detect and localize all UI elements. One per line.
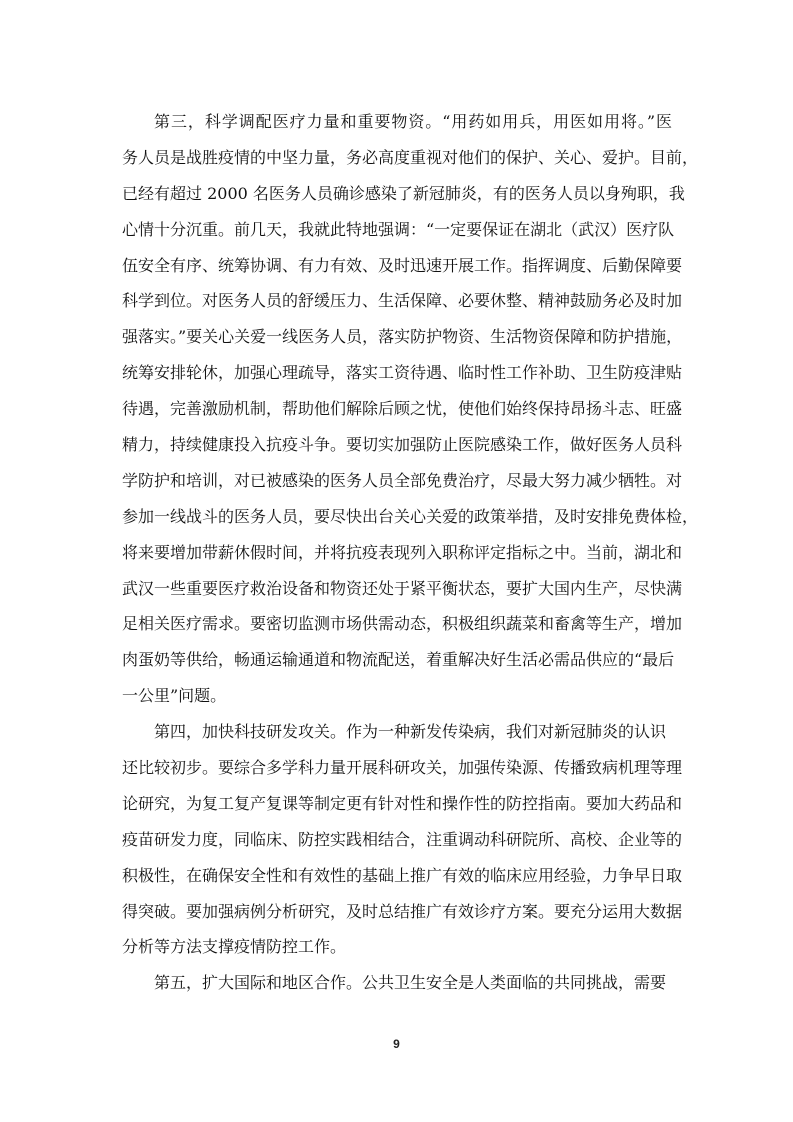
document-body: 第三，科学调配医疗力量和重要物资。“用药如用兵，用医如用将。”医 务人员是战胜疫… [122,104,672,1001]
page-number: 9 [0,1037,793,1051]
text-line: 第五，扩大国际和地区合作。公共卫生安全是人类面临的共同挑战，需要 [122,965,672,1001]
text-line: 将来要增加带薪休假时间，并将抗疫表现列入职称评定指标之中。当前，湖北和 [122,535,672,571]
text-line: 待遇，完善激励机制，帮助他们解除后顾之忧，使他们始终保持昂扬斗志、旺盛 [122,391,672,427]
text-line: 还比较初步。要综合多学科力量开展科研攻关，加强传染源、传播致病机理等理 [122,750,672,786]
text-line: 一公里”问题。 [122,678,672,714]
paragraph-fourth-point: 第四，加快科技研发攻关。作为一种新发传染病，我们对新冠肺炎的认识 还比较初步。要… [122,714,672,965]
text-line: 已经有超过 2000 名医务人员确诊感染了新冠肺炎，有的医务人员以身殉职，我 [122,176,672,212]
text-line: 第三，科学调配医疗力量和重要物资。“用药如用兵，用医如用将。”医 [122,104,672,140]
text-line: 统筹安排轮休，加强心理疏导，落实工资待遇、临时性工作补助、卫生防疫津贴 [122,355,672,391]
text-line: 论研究，为复工复产复课等制定更有针对性和操作性的防控指南。要加大药品和 [122,786,672,822]
paragraph-fifth-point: 第五，扩大国际和地区合作。公共卫生安全是人类面临的共同挑战，需要 [122,965,672,1001]
text-line: 科学到位。对医务人员的舒缓压力、生活保障、必要休整、精神鼓励务必及时加 [122,283,672,319]
text-line: 参加一线战斗的医务人员，要尽快出台关心关爱的政策举措，及时安排免费体检， [122,499,672,535]
text-line: 强落实。”要关心关爱一线医务人员，落实防护物资、生活物资保障和防护措施， [122,319,672,355]
text-line: 得突破。要加强病例分析研究，及时总结推广有效诊疗方案。要充分运用大数据 [122,894,672,930]
text-line: 第四，加快科技研发攻关。作为一种新发传染病，我们对新冠肺炎的认识 [122,714,672,750]
paragraph-third-point: 第三，科学调配医疗力量和重要物资。“用药如用兵，用医如用将。”医 务人员是战胜疫… [122,104,672,714]
text-line: 伍安全有序、统筹协调、有力有效、及时迅速开展工作。指挥调度、后勤保障要 [122,248,672,284]
document-page: 第三，科学调配医疗力量和重要物资。“用药如用兵，用医如用将。”医 务人员是战胜疫… [0,0,793,1122]
text-line: 学防护和培训，对已被感染的医务人员全部免费治疗，尽最大努力减少牺牲。对 [122,463,672,499]
text-line: 务人员是战胜疫情的中坚力量，务必高度重视对他们的保护、关心、爱护。目前， [122,140,672,176]
text-line: 心情十分沉重。前几天，我就此特地强调：“一定要保证在湖北（武汉）医疗队 [122,212,672,248]
text-line: 积极性，在确保安全性和有效性的基础上推广有效的临床应用经验，力争早日取 [122,858,672,894]
text-line: 精力，持续健康投入抗疫斗争。要切实加强防止医院感染工作，做好医务人员科 [122,427,672,463]
text-line: 肉蛋奶等供给，畅通运输通道和物流配送，着重解决好生活必需品供应的“最后 [122,642,672,678]
text-line: 武汉一些重要医疗救治设备和物资还处于紧平衡状态，要扩大国内生产，尽快满 [122,571,672,607]
text-line: 分析等方法支撑疫情防控工作。 [122,929,672,965]
text-line: 足相关医疗需求。要密切监测市场供需动态，积极组织蔬菜和畜禽等生产，增加 [122,606,672,642]
text-line: 疫苗研发力度，同临床、防控实践相结合，注重调动科研院所、高校、企业等的 [122,822,672,858]
